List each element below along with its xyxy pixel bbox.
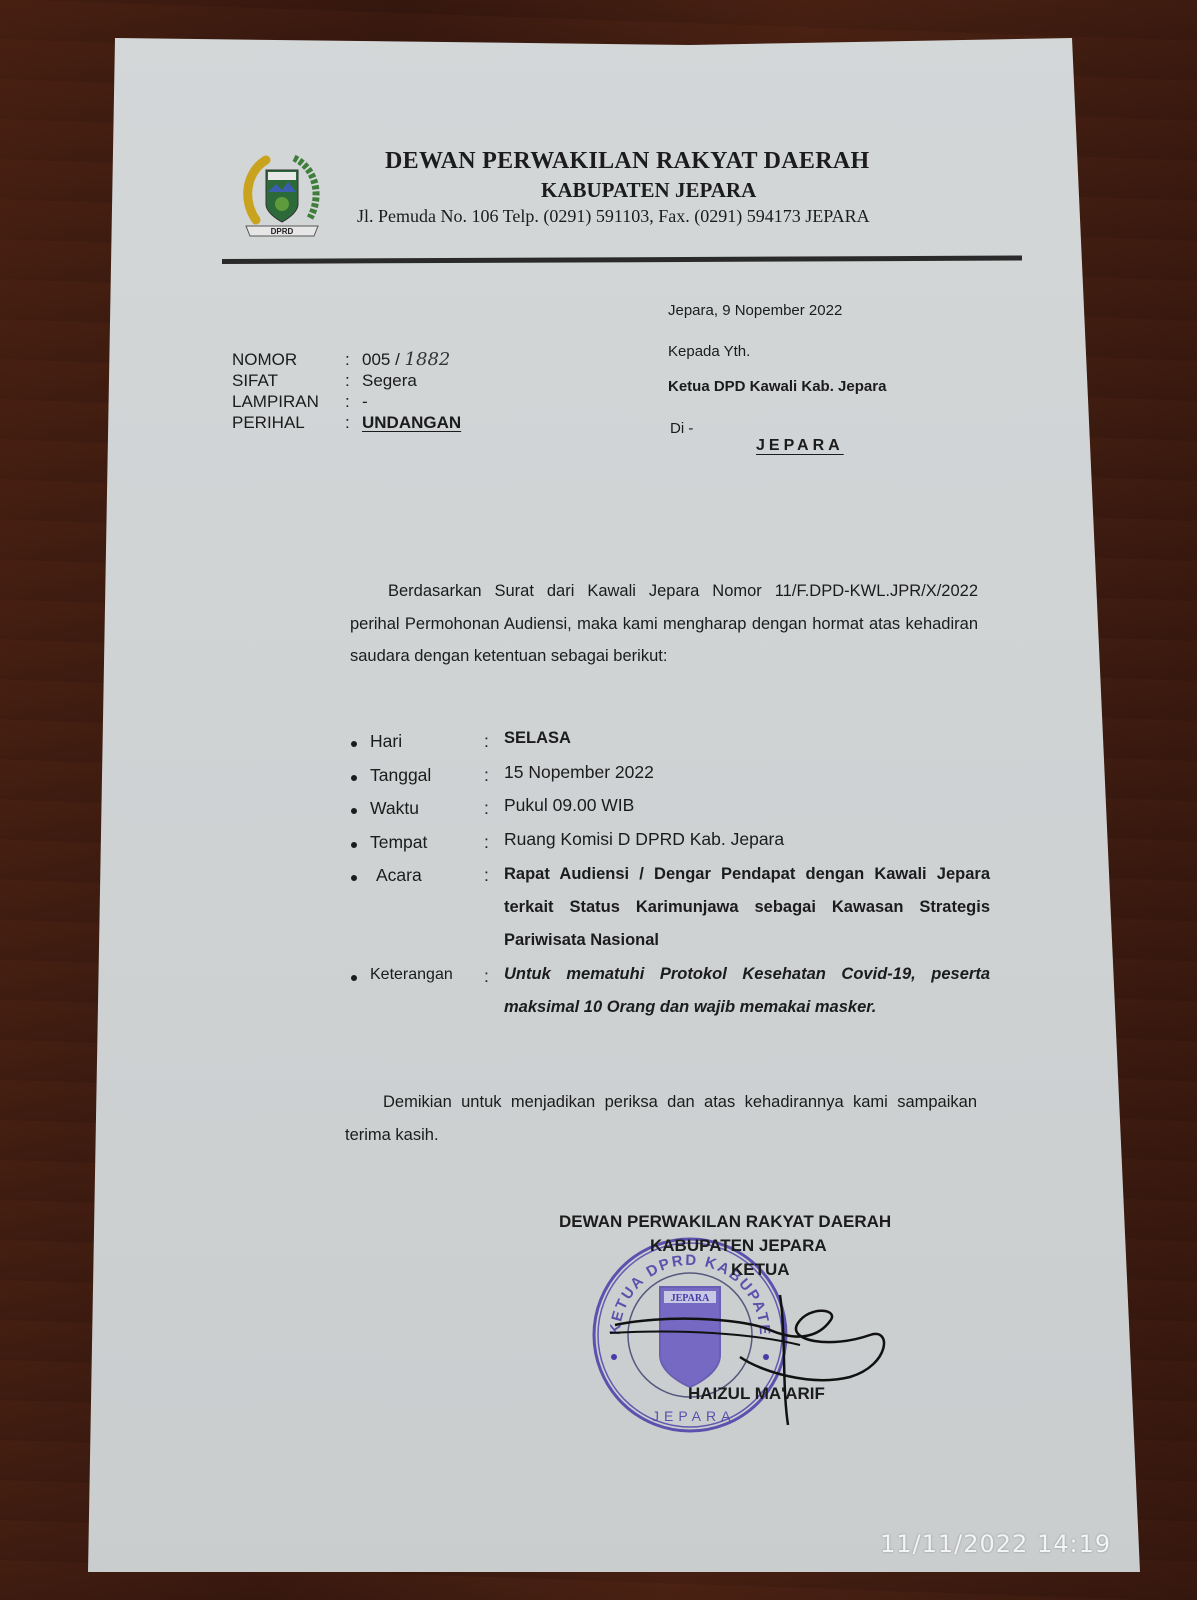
svg-text:DPRD: DPRD: [271, 227, 294, 236]
signature-regency: KABUPATEN JEPARA: [650, 1236, 827, 1256]
recipient-di: Di -: [670, 420, 693, 437]
sifat-colon: :: [345, 371, 350, 391]
detail-value-tanggal: 15 Nopember 2022: [504, 756, 990, 789]
detail-colon: :: [484, 765, 489, 786]
detail-label-hari: Hari: [370, 731, 402, 752]
regency-name: KABUPATEN JEPARA: [541, 178, 756, 203]
nomor-label: NOMOR: [232, 350, 297, 370]
bullet: [351, 775, 357, 781]
detail-colon: :: [484, 966, 489, 987]
sifat-label: SIFAT: [232, 371, 278, 391]
lampiran-colon: :: [345, 392, 350, 412]
handwritten-number: 1882: [405, 349, 451, 370]
institution-address: Jl. Pemuda No. 106 Telp. (0291) 591103, …: [357, 206, 870, 227]
detail-colon: :: [484, 865, 489, 886]
institution-name: DEWAN PERWAKILAN RAKYAT DAERAH: [385, 148, 869, 175]
dprd-emblem-icon: DPRD: [236, 152, 328, 242]
sifat-value: Segera: [362, 371, 417, 391]
lampiran-value: -: [362, 392, 368, 412]
nomor-colon: :: [345, 350, 350, 370]
detail-colon: :: [484, 731, 489, 752]
bullet: [351, 808, 357, 814]
nomor-value: 005 / 1882: [362, 349, 450, 370]
lampiran-label: LAMPIRAN: [232, 392, 319, 412]
bullet: [351, 975, 357, 981]
closing-paragraph: Demikian untuk menjadikan periksa dan at…: [345, 1086, 977, 1151]
bullet: [351, 741, 357, 747]
photo-timestamp: 11/11/2022 14:19: [880, 1530, 1111, 1558]
detail-colon: :: [484, 798, 489, 819]
signature-institution: DEWAN PERWAKILAN RAKYAT DAERAH: [559, 1212, 891, 1232]
detail-value-tempat: Ruang Komisi D DPRD Kab. Jepara: [504, 823, 990, 856]
detail-label-tempat: Tempat: [370, 832, 427, 853]
perihal-colon: :: [345, 413, 350, 433]
place-date: Jepara, 9 Nopember 2022: [668, 302, 842, 319]
perihal-value: UNDANGAN: [362, 413, 461, 433]
bullet: [351, 842, 357, 848]
detail-value-keterangan: Untuk mematuhi Protokol Kesehatan Covid-…: [504, 958, 990, 1024]
perihal-label: PERIHAL: [232, 413, 305, 433]
detail-value-acara: Rapat Audiensi / Dengar Pendapat dengan …: [504, 858, 990, 957]
recipient-city: JEPARA: [756, 437, 844, 455]
detail-label-acara: Acara: [376, 865, 422, 886]
detail-colon: :: [484, 832, 489, 853]
salutation: Kepada Yth.: [668, 343, 750, 360]
signatory-name: HAIZUL MA'ARIF: [688, 1384, 825, 1404]
detail-value-hari: SELASA: [504, 722, 990, 755]
detail-value-waktu: Pukul 09.00 WIB: [504, 789, 990, 822]
recipient-name: Ketua DPD Kawali Kab. Jepara: [668, 378, 886, 395]
detail-label-keterangan: Keterangan: [370, 966, 453, 984]
detail-label-tanggal: Tanggal: [370, 765, 431, 786]
opening-paragraph: Berdasarkan Surat dari Kawali Jepara Nom…: [350, 575, 978, 673]
bullet: [351, 875, 357, 881]
detail-label-waktu: Waktu: [370, 798, 419, 819]
